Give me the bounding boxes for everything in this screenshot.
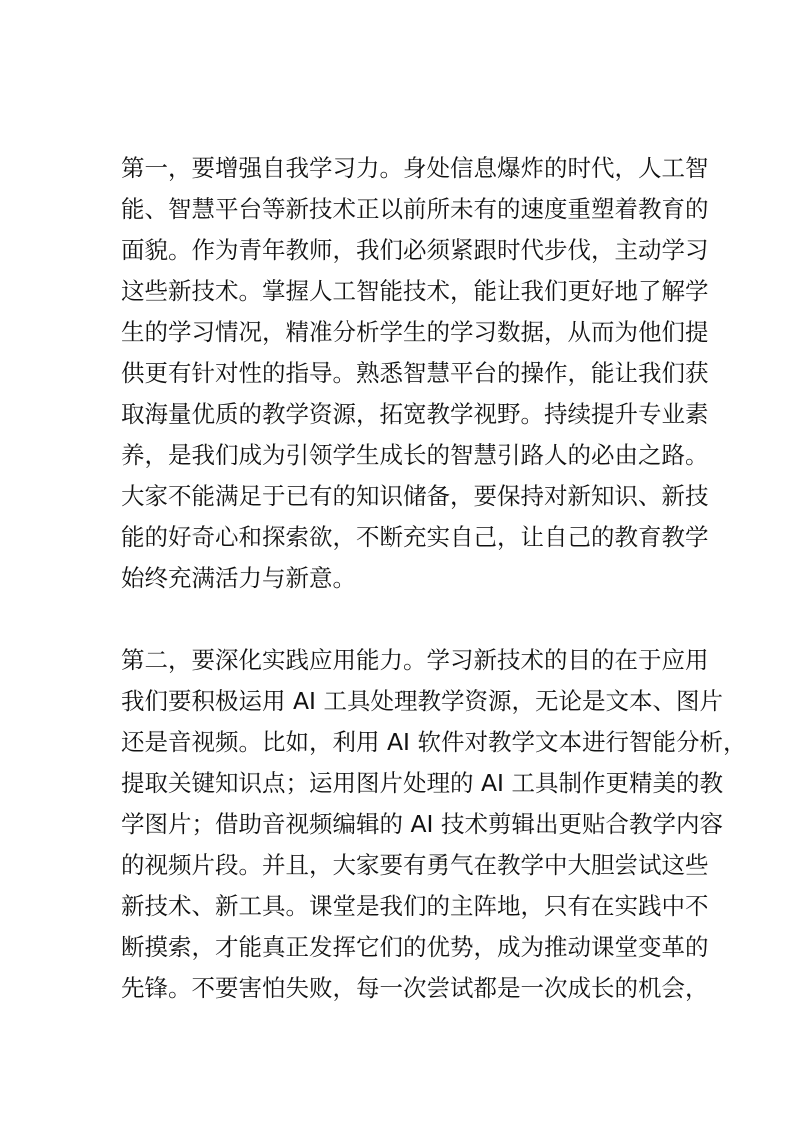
text-line: 供更有针对性的指导。熟悉智慧平台的操作，能让我们获 [121, 353, 681, 394]
text-line: 面貌。作为青年教师，我们必须紧跟时代步伐，主动学习 [121, 230, 681, 271]
text-line: 养，是我们成为引领学生成长的智慧引路人的必由之路。 [121, 435, 681, 476]
paragraph-2: 第二，要深化实践应用能力。学习新技术的目的在于应用 我们要积极运用 AI 工具处… [121, 640, 681, 1009]
paragraph-1: 第一，要增强自我学习力。身处信息爆炸的时代，人工智 能、智慧平台等新技术正以前所… [121, 148, 681, 599]
text-line: 第一，要增强自我学习力。身处信息爆炸的时代，人工智 [121, 148, 681, 189]
text-line: 提取关键知识点；运用图片处理的 AI 工具制作更精美的教 [121, 763, 681, 804]
document-page: 第一，要增强自我学习力。身处信息爆炸的时代，人工智 能、智慧平台等新技术正以前所… [121, 148, 681, 1009]
text-line: 还是音视频。比如，利用 AI 软件对教学文本进行智能分析， [121, 722, 681, 763]
text-line: 这些新技术。掌握人工智能技术，能让我们更好地了解学 [121, 271, 681, 312]
text-line: 能、智慧平台等新技术正以前所未有的速度重塑着教育的 [121, 189, 681, 230]
text-line: 先锋。不要害怕失败，每一次尝试都是一次成长的机会， [121, 968, 681, 1009]
text-line: 我们要积极运用 AI 工具处理教学资源，无论是文本、图片 [121, 681, 681, 722]
text-line: 大家不能满足于已有的知识储备，要保持对新知识、新技 [121, 476, 681, 517]
text-line: 始终充满活力与新意。 [121, 558, 681, 599]
text-line: 的视频片段。并且，大家要有勇气在教学中大胆尝试这些 [121, 845, 681, 886]
text-line: 学图片；借助音视频编辑的 AI 技术剪辑出更贴合教学内容 [121, 804, 681, 845]
text-line: 取海量优质的教学资源，拓宽教学视野。持续提升专业素 [121, 394, 681, 435]
text-line: 新技术、新工具。课堂是我们的主阵地，只有在实践中不 [121, 886, 681, 927]
text-line: 断摸索，才能真正发挥它们的优势，成为推动课堂变革的 [121, 927, 681, 968]
text-line: 能的好奇心和探索欲，不断充实自己，让自己的教育教学 [121, 517, 681, 558]
paragraph-spacer [121, 599, 681, 640]
text-line: 生的学习情况，精准分析学生的学习数据，从而为他们提 [121, 312, 681, 353]
text-line: 第二，要深化实践应用能力。学习新技术的目的在于应用 [121, 640, 681, 681]
